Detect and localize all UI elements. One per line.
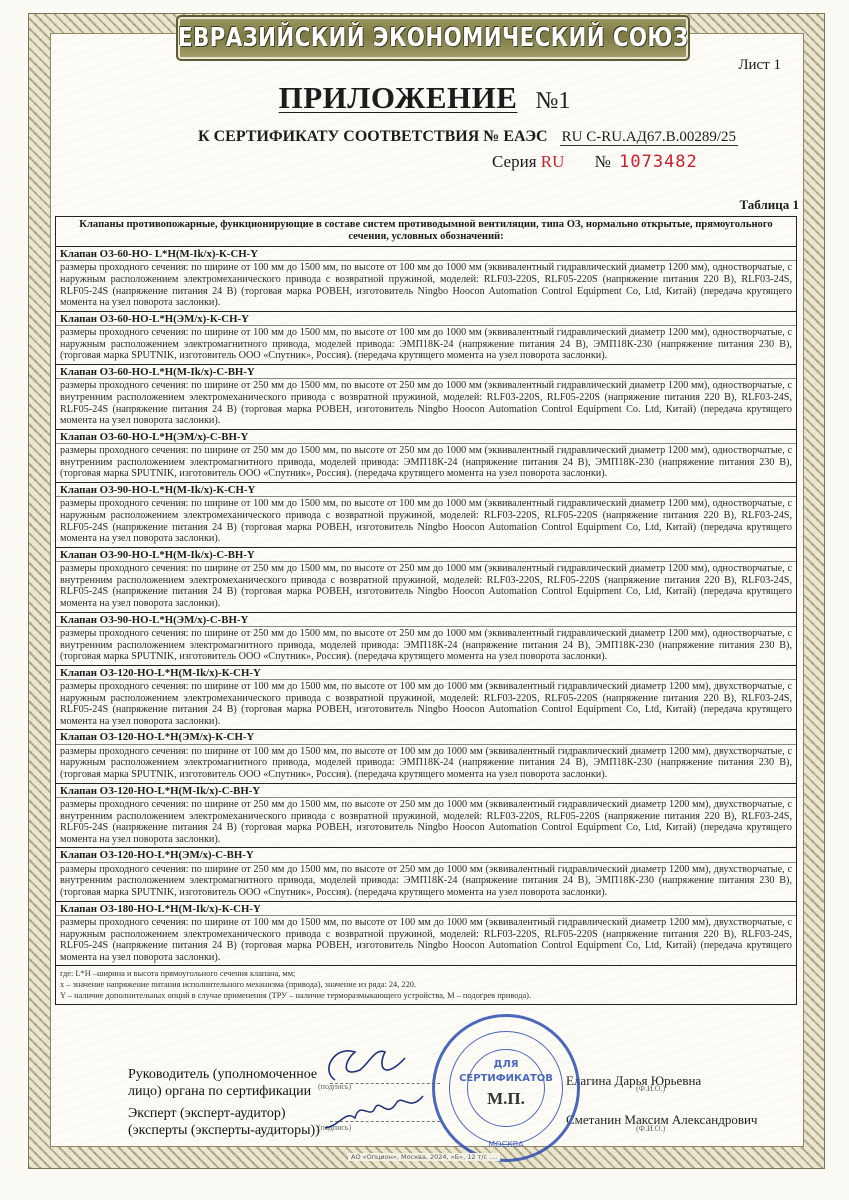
certificate-label: К СЕРТИФИКАТУ СООТВЕТСТВИЯ № ЕАЭС (198, 128, 548, 145)
table-row: Клапан ОЗ-90-НО-L*H(М-Ik/x)-К-СН-Yразмер… (56, 483, 796, 548)
official-seal: ДЛЯ СЕРТИФИКАТОВ М.П. МОСКВА (432, 1014, 580, 1162)
eaeu-banner: ЕВРАЗИЙСКИЙ ЭКОНОМИЧЕСКИЙ СОЮЗ (176, 15, 690, 61)
table-row: Клапан ОЗ-90-НО-L*H(М-Ik/x)-С-ВН-Yразмер… (56, 548, 796, 613)
valve-name: Клапан ОЗ-180-НО-L*H(М-Ik/x)-К-СН-Y (56, 902, 796, 916)
printer-imprint: АО «Опцион», Москва, 2024, «Б», 12 т/с .… (348, 1153, 500, 1161)
banner-title: ЕВРАЗИЙСКИЙ ЭКОНОМИЧЕСКИЙ СОЮЗ (178, 23, 688, 53)
valve-description: размеры проходного сечения: по ширине от… (56, 562, 796, 611)
table-notes: где: L*H –ширина и высота прямоугольного… (56, 966, 796, 1004)
valve-name: Клапан ОЗ-60-НО-L*H(ЭМ/x)-К-СН-Y (56, 312, 796, 326)
appendix-word: ПРИЛОЖЕНИЕ (279, 80, 518, 115)
table-row: Клапан ОЗ-120-НО-L*H(ЭМ/x)-С-ВН-Yразмеры… (56, 848, 796, 901)
valve-name: Клапан ОЗ-60-НО- L*H(М-Ik/x)-К-СН-Y (56, 247, 796, 261)
valve-name: Клапан ОЗ-60-НО-L*H(ЭМ/x)-С-ВН-Y (56, 430, 796, 444)
valve-name: Клапан ОЗ-120-НО-L*H(ЭМ/x)-С-ВН-Y (56, 848, 796, 862)
table-row: Клапан ОЗ-120-НО-L*H(М-Ik/x)-К-СН-Yразме… (56, 666, 796, 731)
note-options: Y – наличие дополнительных опций в случа… (60, 990, 792, 1001)
table-row: Клапан ОЗ-60-НО- L*H(М-Ik/x)-К-СН-Yразме… (56, 247, 796, 312)
valve-name: Клапан ОЗ-120-НО-L*H(М-Ik/x)-К-СН-Y (56, 666, 796, 680)
table-row: Клапан ОЗ-60-НО-L*H(М-Ik/x)-С-ВН-Yразмер… (56, 365, 796, 430)
valve-description: размеры проходного сечения: по ширине от… (56, 798, 796, 847)
head-label-line-2: лицо) органа по сертификации (128, 1083, 317, 1100)
valve-description: размеры проходного сечения: по ширине от… (56, 863, 796, 901)
table-row: Клапан ОЗ-60-НО-L*H(ЭМ/x)-С-ВН-Yразмеры … (56, 430, 796, 483)
table-row: Клапан ОЗ-120-НО-L*H(ЭМ/x)-К-СН-Yразмеры… (56, 730, 796, 783)
expert-label-line-2: (эксперты (эксперты-аудиторы)) (128, 1122, 320, 1139)
series-value: RU (541, 152, 565, 171)
valve-name: Клапан ОЗ-90-НО-L*H(М-Ik/x)-С-ВН-Y (56, 548, 796, 562)
valve-description: размеры проходного сечения: по ширине от… (56, 745, 796, 783)
table-heading: Клапаны противопожарные, функционирующие… (56, 217, 796, 247)
seal-mark: М.П. (435, 1089, 577, 1109)
seal-line-2: СЕРТИФИКАТОВ (429, 1073, 583, 1084)
table-row: Клапан ОЗ-180-НО-L*H(М-Ik/x)-К-СН-Yразме… (56, 902, 796, 967)
head-label: Руководитель (уполномоченное лицо) орган… (128, 1066, 317, 1100)
head-signature (315, 1040, 425, 1090)
expert-label-line-1: Эксперт (эксперт-аудитор) (128, 1105, 320, 1122)
expert-label: Эксперт (эксперт-аудитор) (эксперты (экс… (128, 1105, 320, 1139)
serial-number: 1073482 (619, 152, 698, 172)
valve-name: Клапан ОЗ-90-НО-L*H(М-Ik/x)-К-СН-Y (56, 483, 796, 497)
series-label: Серия (492, 152, 537, 171)
valve-description: размеры проходного сечения: по ширине от… (56, 379, 796, 428)
valve-description: размеры проходного сечения: по ширине от… (56, 916, 796, 965)
head-label-line-1: Руководитель (уполномоченное (128, 1066, 317, 1083)
expert-name-caption: (Ф.И.О.) (636, 1124, 665, 1133)
valve-name: Клапан ОЗ-120-НО-L*H(ЭМ/x)-К-СН-Y (56, 730, 796, 744)
table-rows: Клапан ОЗ-60-НО- L*H(М-Ik/x)-К-СН-Yразме… (56, 247, 796, 966)
valve-name: Клапан ОЗ-60-НО-L*H(М-Ik/x)-С-ВН-Y (56, 365, 796, 379)
sheet-number: Лист 1 (738, 57, 781, 74)
table-row: Клапан ОЗ-60-НО-L*H(ЭМ/x)-К-СН-Yразмеры … (56, 312, 796, 365)
table-caption: Таблица 1 (739, 197, 799, 213)
seal-line-1: ДЛЯ (435, 1059, 577, 1070)
table-row: Клапан ОЗ-90-НО-L*H(ЭМ/x)-С-ВН-Yразмеры … (56, 613, 796, 666)
valve-description: размеры проходного сечения: по ширине от… (56, 627, 796, 665)
products-table: Клапаны противопожарные, функционирующие… (55, 216, 797, 1005)
certificate-line: К СЕРТИФИКАТУ СООТВЕТСТВИЯ № ЕАЭС RU C-R… (198, 128, 738, 146)
valve-description: размеры проходного сечения: по ширине от… (56, 444, 796, 482)
note-dimensions: где: L*H –ширина и высота прямоугольного… (60, 968, 792, 979)
series-line: Серия RU № 1073482 (492, 152, 698, 172)
table-row: Клапан ОЗ-120-НО-L*H(М-Ik/x)-С-ВН-Yразме… (56, 784, 796, 849)
appendix-number: №1 (535, 88, 570, 114)
valve-description: размеры проходного сечения: по ширине от… (56, 261, 796, 310)
appendix-title: ПРИЛОЖЕНИЕ №1 (0, 80, 849, 116)
seal-city: МОСКВА (435, 1140, 577, 1149)
head-name-caption: (Ф.И.О.) (636, 1084, 665, 1093)
expert-signature (315, 1090, 435, 1135)
valve-description: размеры проходного сечения: по ширине от… (56, 326, 796, 364)
head-name: Елагина Дарья Юрьевна (566, 1073, 701, 1089)
valve-name: Клапан ОЗ-120-НО-L*H(М-Ik/x)-С-ВН-Y (56, 784, 796, 798)
number-label: № (595, 152, 611, 171)
valve-description: размеры проходного сечения: по ширине от… (56, 680, 796, 729)
valve-name: Клапан ОЗ-90-НО-L*H(ЭМ/x)-С-ВН-Y (56, 613, 796, 627)
valve-description: размеры проходного сечения: по ширине от… (56, 497, 796, 546)
certificate-number: RU C-RU.АД67.В.00289/25 (560, 129, 738, 146)
note-voltage: x – значение напряжение питания исполнит… (60, 979, 792, 990)
